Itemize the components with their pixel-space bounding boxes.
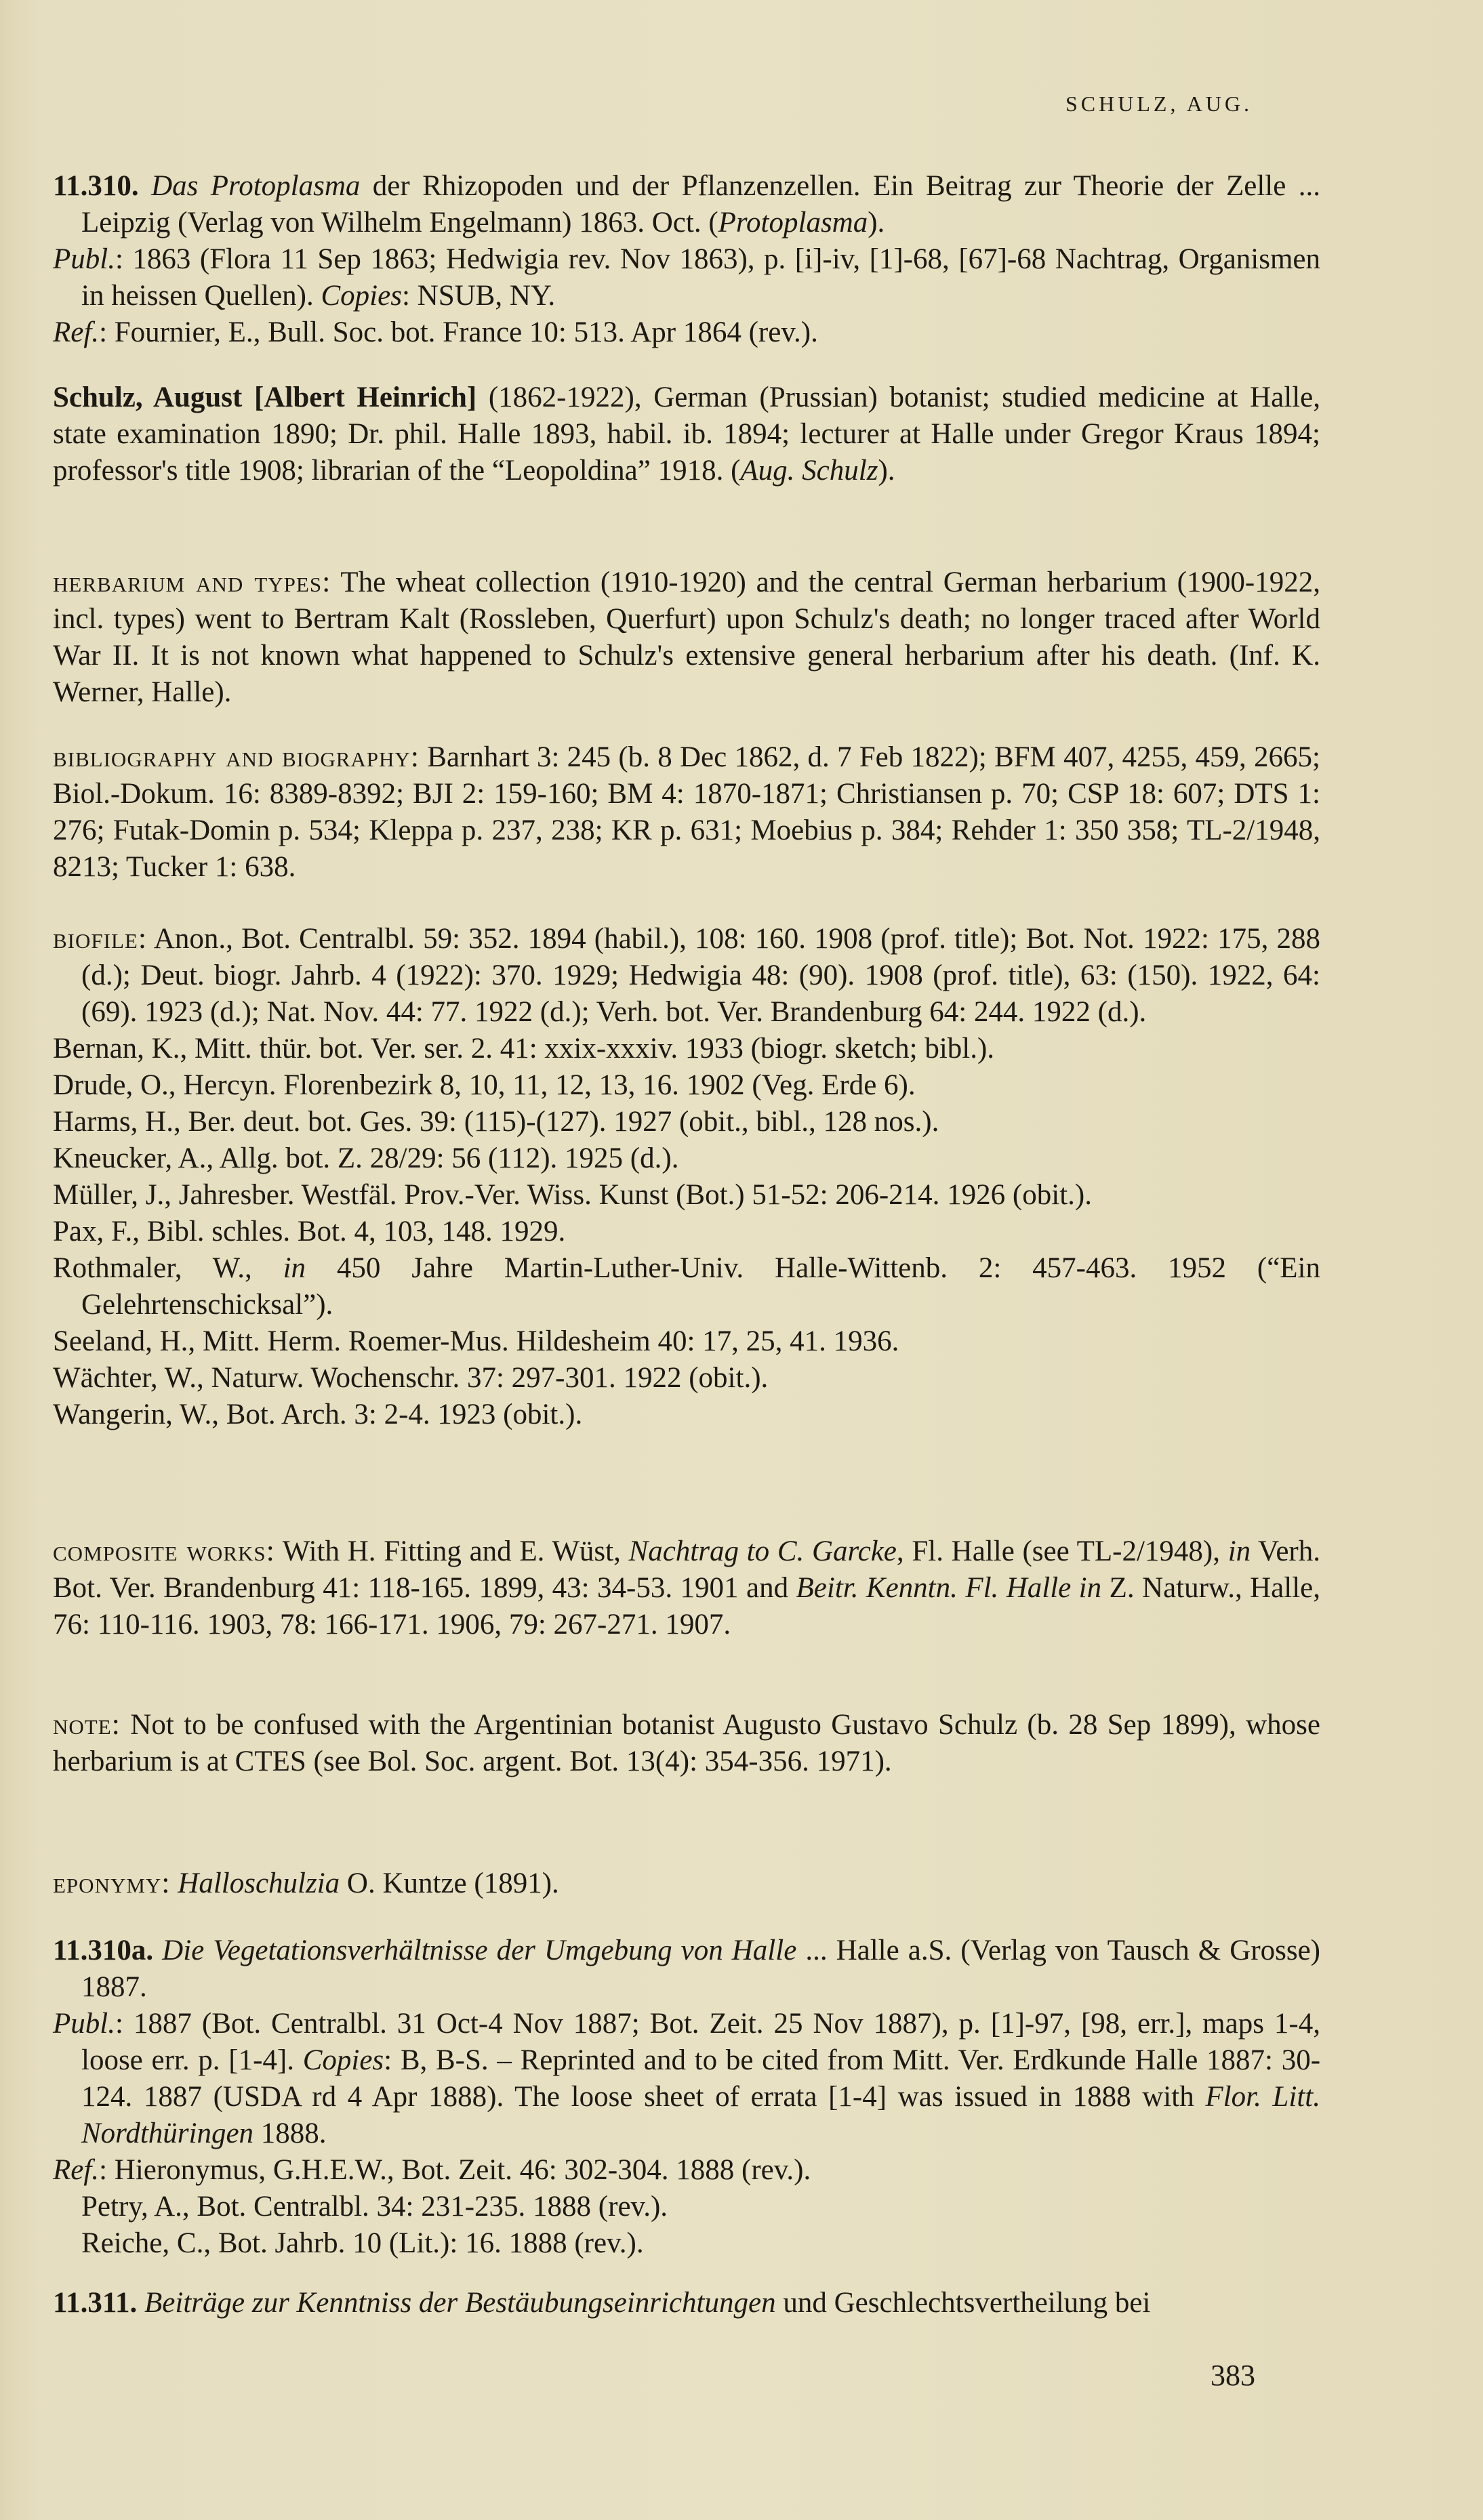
author-abbrev-close: ). <box>878 455 895 487</box>
publ-label: Publ. <box>53 2008 115 2040</box>
note-paragraph: note: Not to be confused with the Argent… <box>53 1706 1320 1780</box>
biofile-item: Wangerin, W., Bot. Arch. 3: 2-4. 1923 (o… <box>53 1397 1320 1433</box>
composite-italic-3: Beitr. Kenntn. Fl. Halle in <box>796 1572 1102 1604</box>
composite-works-paragraph: composite works: With H. Fitting and E. … <box>53 1533 1320 1643</box>
copies-label: Copies <box>321 280 401 312</box>
biofile-list: Bernan, K., Mitt. thür. bot. Ver. ser. 2… <box>53 1031 1320 1433</box>
eponymy-text: O. Kuntze (1891). <box>340 1867 559 1899</box>
biofile-item: Pax, F., Bibl. schles. Bot. 4, 103, 148.… <box>53 1214 1320 1250</box>
page-number: 383 <box>1211 2358 1255 2393</box>
entry-abbrev-close: ). <box>868 207 885 239</box>
eponymy-genus: Halloschulzia <box>171 1867 340 1899</box>
biofile-item: Wächter, W., Naturw. Wochenschr. 37: 297… <box>53 1360 1320 1397</box>
note-label: note: <box>53 1708 121 1741</box>
publ-text: : 1863 (Flora 11 Sep 1863; Hedwigia rev.… <box>81 243 1320 312</box>
eponymy-label: eponymy: <box>53 1866 171 1899</box>
ref-text: : Hieronymus, G.H.E.W., Bot. Zeit. 46: 3… <box>99 2154 811 2186</box>
biofile-item: Rothmaler, W., in 450 Jahre Martin-Luthe… <box>53 1250 1320 1323</box>
ref-label: Ref. <box>53 316 99 348</box>
entry-number: 11.311. <box>53 2287 137 2319</box>
composite-text-1: With H. Fitting and E. Wüst, <box>275 1535 629 1567</box>
entry-abbrev: Protoplasma <box>718 207 868 239</box>
entry-title: Die Vegetationsverhältnisse der Umgebung… <box>162 1935 796 1966</box>
entry-number: 11.310a. <box>53 1935 153 1966</box>
entry-title-rest: und Geschlechtsvertheilung bei <box>776 2287 1151 2319</box>
biofile-label: biofile: <box>53 922 147 955</box>
composite-italic-2: in <box>1228 1535 1251 1567</box>
entry-11310a: 11.310a. Die Vegetationsverhältnisse der… <box>53 1933 1320 2262</box>
bibliography-paragraph: bibliography and biography: Barnhart 3: … <box>53 739 1320 886</box>
ref-more-2: Reiche, C., Bot. Jahrb. 10 (Lit.): 16. 1… <box>53 2225 1320 2262</box>
author-paragraph: Schulz, August [Albert Heinrich] (1862-1… <box>53 379 1320 489</box>
eponymy-paragraph: eponymy: Halloschulzia O. Kuntze (1891). <box>53 1865 1320 1902</box>
biofile-section: biofile: Anon., Bot. Centralbl. 59: 352.… <box>53 920 1320 1433</box>
publ-label: Publ. <box>53 243 115 275</box>
entry-number: 11.310. <box>53 170 139 202</box>
author-abbrev: Aug. Schulz <box>740 455 878 487</box>
composite-text-2: , Fl. Halle (see TL-2/1948), <box>897 1535 1228 1567</box>
note-text: Not to be confused with the Argentinian … <box>53 1709 1320 1777</box>
biofile-item: Bernan, K., Mitt. thür. bot. Ver. ser. 2… <box>53 1031 1320 1067</box>
biofile-item-italic: in <box>283 1252 306 1284</box>
biofile-item: Seeland, H., Mitt. Herm. Roemer-Mus. Hil… <box>53 1323 1320 1360</box>
composite-italic-1: Nachtrag to C. Garcke <box>629 1535 897 1567</box>
copies-text: : NSUB, NY. <box>402 280 555 312</box>
ref-more-1: Petry, A., Bot. Centralbl. 34: 231-235. … <box>53 2189 1320 2225</box>
entry-title: Beiträge zur Kenntniss der Bestäubungsei… <box>144 2287 776 2319</box>
entry-11311: 11.311. Beiträge zur Kenntniss der Bestä… <box>53 2285 1320 2321</box>
herbarium-label: herbarium and types: <box>53 565 331 598</box>
author-name: Schulz, August [Albert Heinrich] <box>53 381 476 413</box>
ref-label: Ref. <box>53 2154 99 2186</box>
biofile-item: Drude, O., Hercyn. Florenbezirk 8, 10, 1… <box>53 1067 1320 1104</box>
biofile-first: Anon., Bot. Centralbl. 59: 352. 1894 (ha… <box>81 923 1320 1028</box>
flor-rest: 1888. <box>253 2118 327 2149</box>
bibliography-label: bibliography and biography: <box>53 740 420 773</box>
herbarium-paragraph: herbarium and types: The wheat collectio… <box>53 564 1320 711</box>
biofile-item: Harms, H., Ber. deut. bot. Ges. 39: (115… <box>53 1104 1320 1140</box>
copies-label: Copies <box>303 2044 384 2076</box>
biofile-item: Kneucker, A., Allg. bot. Z. 28/29: 56 (1… <box>53 1140 1320 1177</box>
running-head: SCHULZ, AUG. <box>1065 91 1253 117</box>
entry-11310: 11.310. Das Protoplasma der Rhizopoden u… <box>53 168 1320 351</box>
entry-title: Das Protoplasma <box>151 170 360 202</box>
biofile-item: Müller, J., Jahresber. Westfäl. Prov.-Ve… <box>53 1177 1320 1214</box>
biofile-item-author: Rothmaler, W., <box>53 1252 283 1284</box>
ref-text: : Fournier, E., Bull. Soc. bot. France 1… <box>99 316 818 348</box>
composite-label: composite works: <box>53 1534 275 1567</box>
